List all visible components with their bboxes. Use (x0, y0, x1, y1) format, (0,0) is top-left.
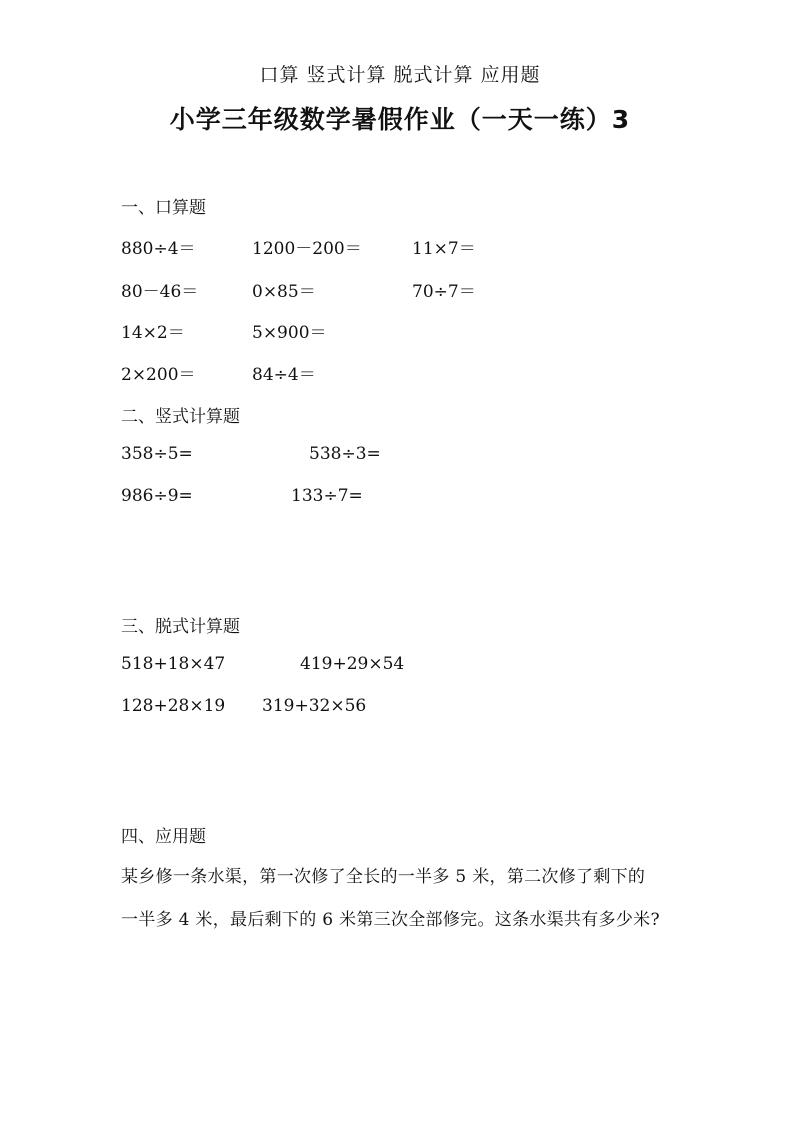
problem-item: 419+29×54 (300, 654, 404, 674)
problem-item: 319+32×56 (262, 696, 366, 716)
problem-item: 880÷4＝ (121, 234, 196, 259)
problem-item: 11×7＝ (412, 234, 476, 259)
problem-item: 128+28×19 (121, 696, 225, 716)
problem-item: 2×200＝ (121, 360, 196, 385)
problem-item: 0×85＝ (252, 277, 316, 302)
problem-item: 1200－200＝ (252, 234, 362, 259)
problem-item: 70÷7＝ (412, 277, 476, 302)
word-problem-line: 某乡修一条水渠，第一次修了全长的一半多 5 米，第二次修了剩下的 (121, 862, 645, 887)
page-title: 小学三年级数学暑假作业（一天一练）3 (0, 100, 800, 136)
problem-item: 518+18×47 (121, 654, 225, 674)
word-problem-line: 一半多 4 米，最后剩下的 6 米第三次全部修完。这条水渠共有多少米? (121, 905, 660, 930)
section-heading: 四、应用题 (121, 822, 206, 847)
problem-item: 133÷7= (291, 486, 363, 506)
section-heading: 二、竖式计算题 (121, 402, 240, 427)
section-heading: 一、口算题 (121, 193, 206, 218)
section-heading: 三、脱式计算题 (121, 612, 240, 637)
problem-item: 538÷3= (309, 444, 381, 464)
problem-item: 80－46＝ (121, 277, 198, 302)
problem-item: 14×2＝ (121, 318, 185, 343)
problem-item: 5×900＝ (252, 318, 327, 343)
problem-item: 358÷5= (121, 444, 193, 464)
page-subtitle: 口算 竖式计算 脱式计算 应用题 (0, 60, 800, 87)
problem-item: 986÷9= (121, 486, 193, 506)
problem-item: 84÷4＝ (252, 360, 316, 385)
